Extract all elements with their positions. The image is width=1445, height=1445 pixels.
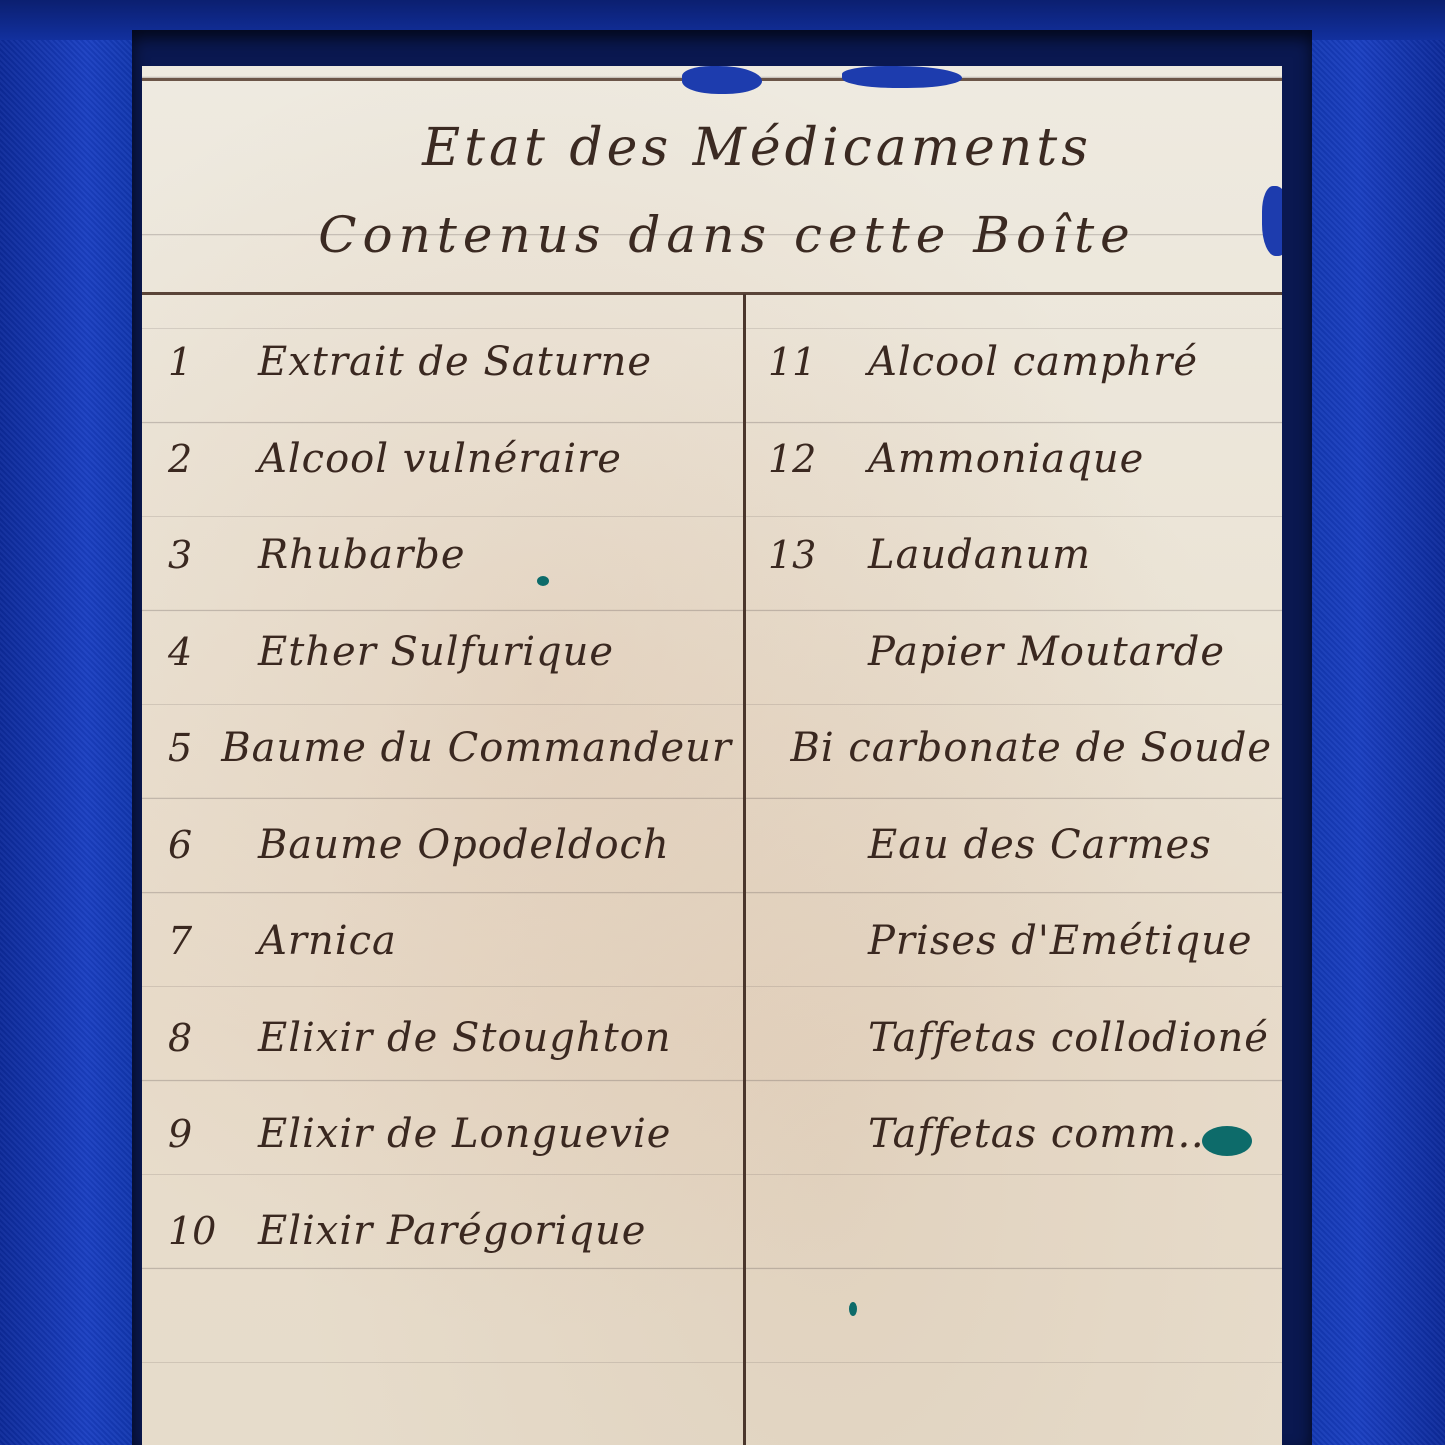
item-number: 6 [162,823,258,867]
item-name: Alcool vulnéraire [258,436,622,482]
ink-stain [1202,1126,1252,1156]
list-item: 8Elixir de Stoughton [162,990,732,1087]
item-name: Elixir Parégorique [258,1208,646,1254]
list-item: 10Elixir Parégorique [162,1183,732,1280]
item-number: 7 [162,919,258,963]
list-item: 9Elixir de Longuevie [162,1086,732,1183]
list-item: Papier Moutarde [762,604,1272,701]
item-name: Arnica [258,918,397,964]
item-name: Elixir de Stoughton [258,1015,672,1061]
item-name: Extrait de Saturne [258,339,652,385]
list-item: Bi carbonate de Soude [762,700,1272,797]
item-name: Taffetas collodioné [868,1015,1269,1061]
title-line-2: Contenus dans cette Boîte [142,206,1282,264]
paper-tear [682,66,762,94]
column-divider [743,294,746,1445]
item-name: Ammoniaque [868,436,1144,482]
list-item: 12Ammoniaque [762,411,1272,508]
list-item: 13Laudanum [762,507,1272,604]
paper-sheet: Etat des Médicaments Contenus dans cette… [142,66,1282,1445]
list-item: Taffetas collodioné [762,990,1272,1087]
right-column: 11Alcool camphré 12Ammoniaque 13Laudanum… [762,314,1272,1183]
title-line-1: Etat des Médicaments [142,118,1282,178]
item-name: Taffetas comm… [868,1111,1218,1157]
list-item: 11Alcool camphré [762,314,1272,411]
ink-stain [849,1302,857,1316]
item-number: 12 [762,437,868,481]
item-name: Prises d'Emétique [868,918,1253,964]
paper-tear [842,66,962,88]
list-item: 1Extrait de Saturne [162,314,732,411]
list-item: Eau des Carmes [762,797,1272,894]
list-item: 3Rhubarbe [162,507,732,604]
item-number: 2 [162,437,258,481]
header-rule [142,292,1282,295]
list-item: 6Baume Opodeldoch [162,797,732,894]
list-item: Taffetas comm… [762,1086,1272,1183]
item-number: 9 [162,1112,258,1156]
item-number: 8 [162,1016,258,1060]
item-number: 1 [162,340,258,384]
item-number: 11 [762,340,868,384]
item-number: 13 [762,533,868,577]
item-number: 3 [162,533,258,577]
item-number: 5 [162,726,221,770]
left-column: 1Extrait de Saturne 2Alcool vulnéraire 3… [162,314,732,1279]
list-item: 5Baume du Commandeur [162,700,732,797]
item-number: 4 [162,630,258,674]
item-name: Elixir de Longuevie [258,1111,671,1157]
list-item: 7Arnica [162,893,732,990]
list-item: 2Alcool vulnéraire [162,411,732,508]
list-item: Prises d'Emétique [762,893,1272,990]
ink-stain [537,576,549,586]
item-name: Baume du Commandeur [221,725,732,771]
item-name: Ether Sulfurique [258,629,614,675]
item-name: Bi carbonate de Soude [790,725,1272,771]
item-name: Papier Moutarde [868,629,1225,675]
item-name: Laudanum [868,532,1091,578]
item-number: 10 [162,1209,258,1253]
item-name: Alcool camphré [868,339,1198,385]
item-name: Rhubarbe [258,532,466,578]
item-name: Baume Opodeldoch [258,822,670,868]
list-item: 4Ether Sulfurique [162,604,732,701]
item-name: Eau des Carmes [868,822,1212,868]
